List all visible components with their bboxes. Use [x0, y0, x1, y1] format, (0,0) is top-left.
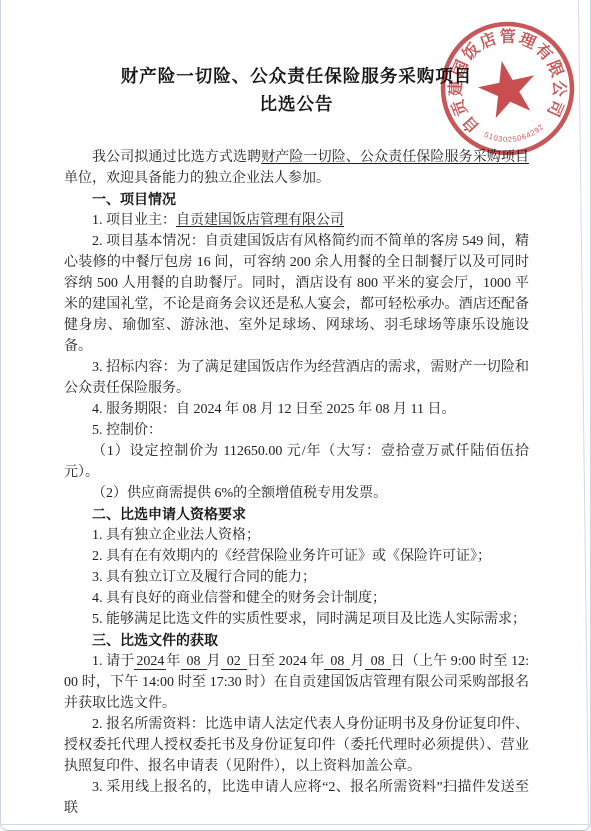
s3i1-day1-blank: 02 [221, 654, 247, 670]
title-line-1: 财产险一切险、公众责任保险服务采购项目 [64, 62, 529, 90]
section3-heading: 三、比选文件的获取 [64, 630, 529, 651]
s3i1-t2: 月 [207, 654, 221, 669]
section2-item4: 4. 具有良好的商业信誉和健全的财务会计制度； [64, 588, 529, 609]
title-line-2: 比选公告 [64, 90, 529, 118]
section1-heading: 一、项目情况 [64, 189, 529, 210]
section2-heading: 二、比选申请人资格要求 [64, 504, 529, 525]
s3i1-t3: 月 [350, 654, 364, 669]
section3-item1: 1. 请于2024年08月02日至 2024 年08月08日（上午 9:00 时… [64, 651, 529, 714]
intro-text-pre: 我公司拟通过比选方式选聘 [92, 150, 261, 165]
project-owner-label: 1. 项目业主： [92, 213, 176, 228]
section2-item3: 3. 具有独立订立及履行合同的能力； [64, 567, 529, 588]
s3i1-t1: 年 [166, 654, 180, 669]
section3-item3: 3. 采用线上报名的，比选申请人应将“2、报名所需资料”扫描件发送至联 [64, 777, 529, 819]
section1-item5-sub1: （1）设定控制价为 112650.00 元/年（大写：壹拾壹万贰仟陆佰伍拾元）。 [64, 441, 529, 483]
project-owner-value: 自贡建国饭店管理有限公司 [176, 213, 344, 228]
section1-item2: 2. 项目基本情况：自贡建国饭店有风格简约而不简单的客房 549 间，精心装修的… [64, 231, 529, 357]
intro-text-post: 单位，欢迎具备能力的独立企业法人参加。 [64, 171, 330, 186]
s3i1-month1-blank: 08 [181, 654, 207, 670]
section1-item5-sub2: （2）供应商需提供 6%的全额增值税专用发票。 [64, 483, 529, 504]
section1-item1: 1. 项目业主：自贡建国饭店管理有限公司 [64, 210, 529, 231]
section2-item1: 1. 具有独立企业法人资格； [64, 525, 529, 546]
s3i1-day2-blank: 08 [365, 654, 391, 670]
intro-paragraph: 我公司拟通过比选方式选聘财产险一切险、公众责任保险服务采购项目单位，欢迎具备能力… [64, 147, 529, 189]
scan-page-bottom-edge [1, 824, 591, 825]
section1-item5: 5. 控制价： [64, 420, 529, 441]
section2-item5: 5. 能够满足比选文件的实质性要求，同时满足项目及比选人实际需求； [64, 609, 529, 630]
s3i1-mid: 日至 2024 年 [247, 654, 325, 669]
section1-item4: 4. 服务期限：自 2024 年 08 月 12 日至 2025 年 08 月 … [64, 399, 529, 420]
document-title: 财产险一切险、公众责任保险服务采购项目 比选公告 [64, 62, 529, 118]
document-page: 财产险一切险、公众责任保险服务采购项目 比选公告 我公司拟通过比选方式选聘财产险… [0, 0, 591, 831]
document-content: 财产险一切险、公众责任保险服务采购项目 比选公告 我公司拟通过比选方式选聘财产险… [64, 0, 529, 819]
intro-text-underlined: 财产险一切险、公众责任保险服务采购项目 [261, 150, 529, 165]
section1-item3: 3. 招标内容：为了满足建国饭店作为经营酒店的需求，需财产一切险和公众责任保险服… [64, 357, 529, 399]
s3i1-month2-blank: 08 [324, 654, 350, 670]
s3i1-year1-blank: 2024 [134, 654, 166, 670]
scan-page-right-edge [578, 0, 589, 830]
section2-item2: 2. 具有在有效期内的《经营保险业务许可证》或《保险许可证》； [64, 546, 529, 567]
document-body: 我公司拟通过比选方式选聘财产险一切险、公众责任保险服务采购项目单位，欢迎具备能力… [64, 147, 529, 819]
s3i1-pre: 1. 请于 [92, 654, 134, 669]
section3-item2: 2. 报名所需资料：比选申请人法定代表人身份证明书及身份证复印件、授权委托代理人… [64, 714, 529, 777]
